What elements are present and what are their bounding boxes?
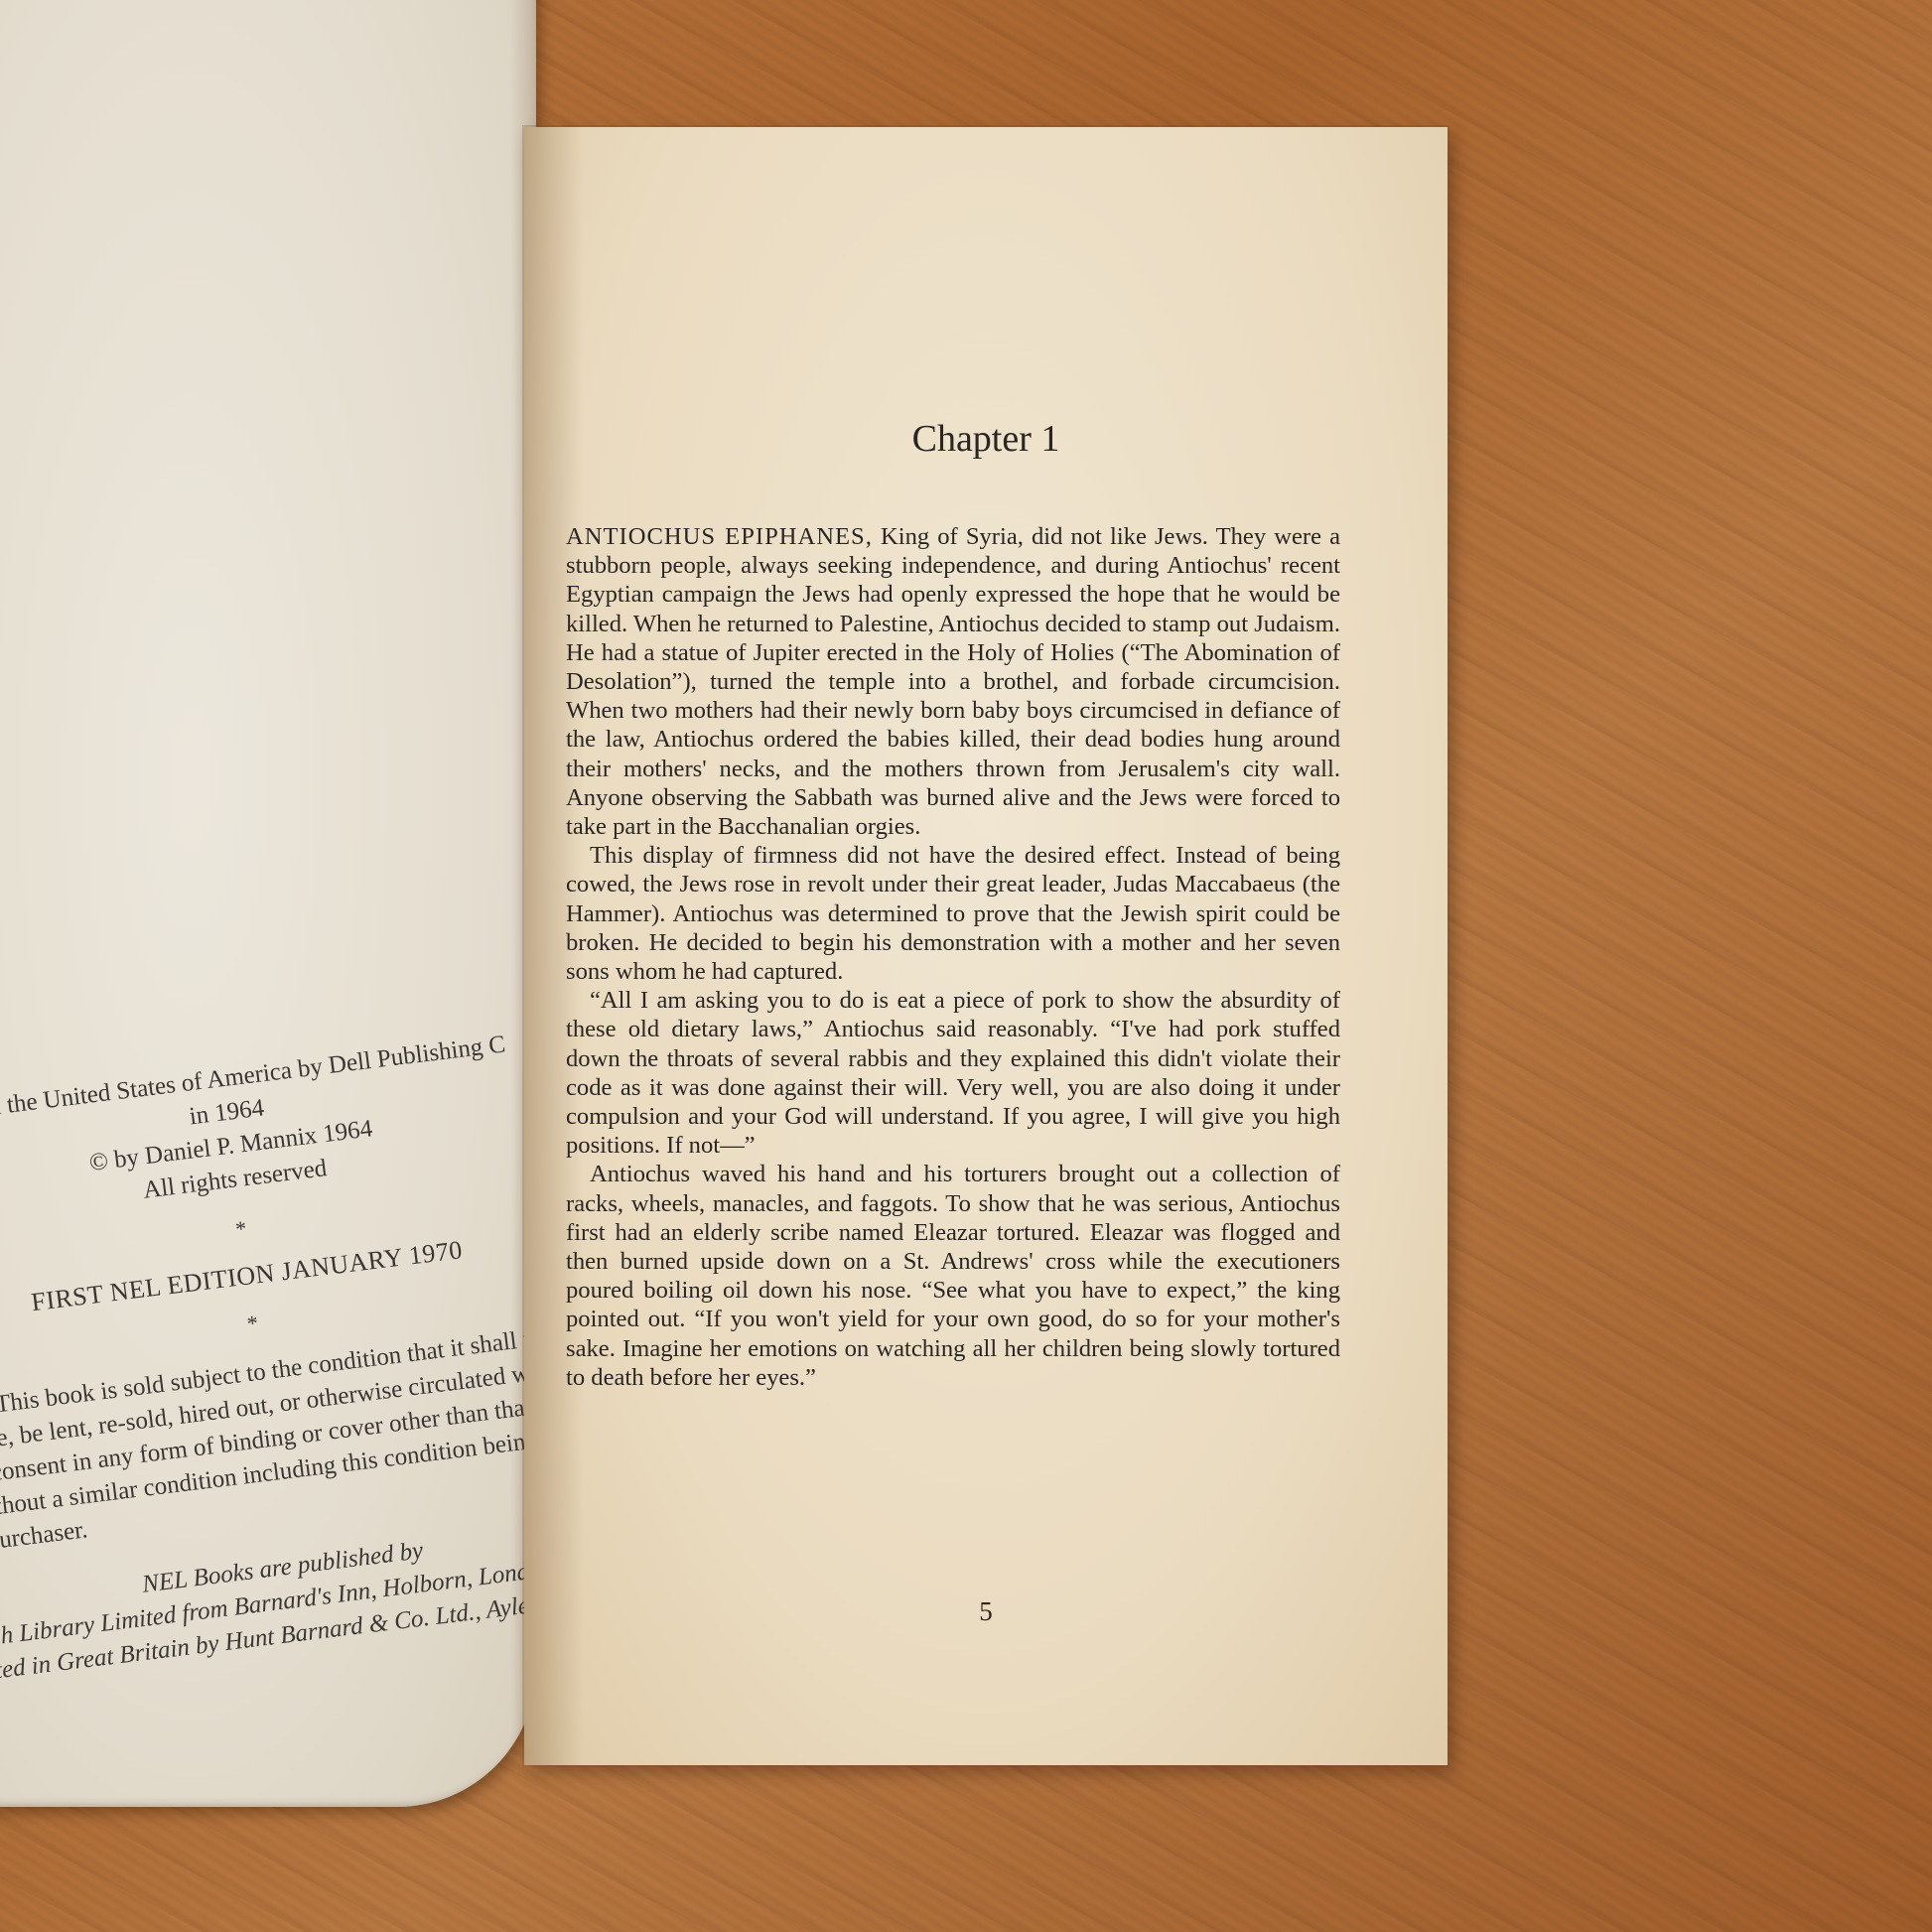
copyright-imprint: hed in the United States of America by D… (0, 1027, 536, 1689)
chapter-title: Chapter 1 (524, 417, 1448, 461)
page-number: 5 (524, 1596, 1448, 1627)
paragraph: ANTIOCHUS EPIPHANES, King of Syria, did … (566, 522, 1340, 841)
paragraph: This display of firmness did not have th… (566, 841, 1340, 986)
paragraph: Antiochus waved his hand and his torture… (566, 1160, 1340, 1392)
paragraph-text: King of Syria, did not like Jews. They w… (566, 523, 1340, 840)
opening-small-caps: ANTIOCHUS EPIPHANES, (566, 523, 873, 550)
chapter-body: ANTIOCHUS EPIPHANES, King of Syria, did … (566, 522, 1340, 1392)
right-page-chapter: Chapter 1 ANTIOCHUS EPIPHANES, King of S… (524, 127, 1448, 1765)
paragraph: “All I am asking you to do is eat a piec… (566, 986, 1340, 1160)
left-page-copyright: hed in the United States of America by D… (0, 0, 536, 1807)
